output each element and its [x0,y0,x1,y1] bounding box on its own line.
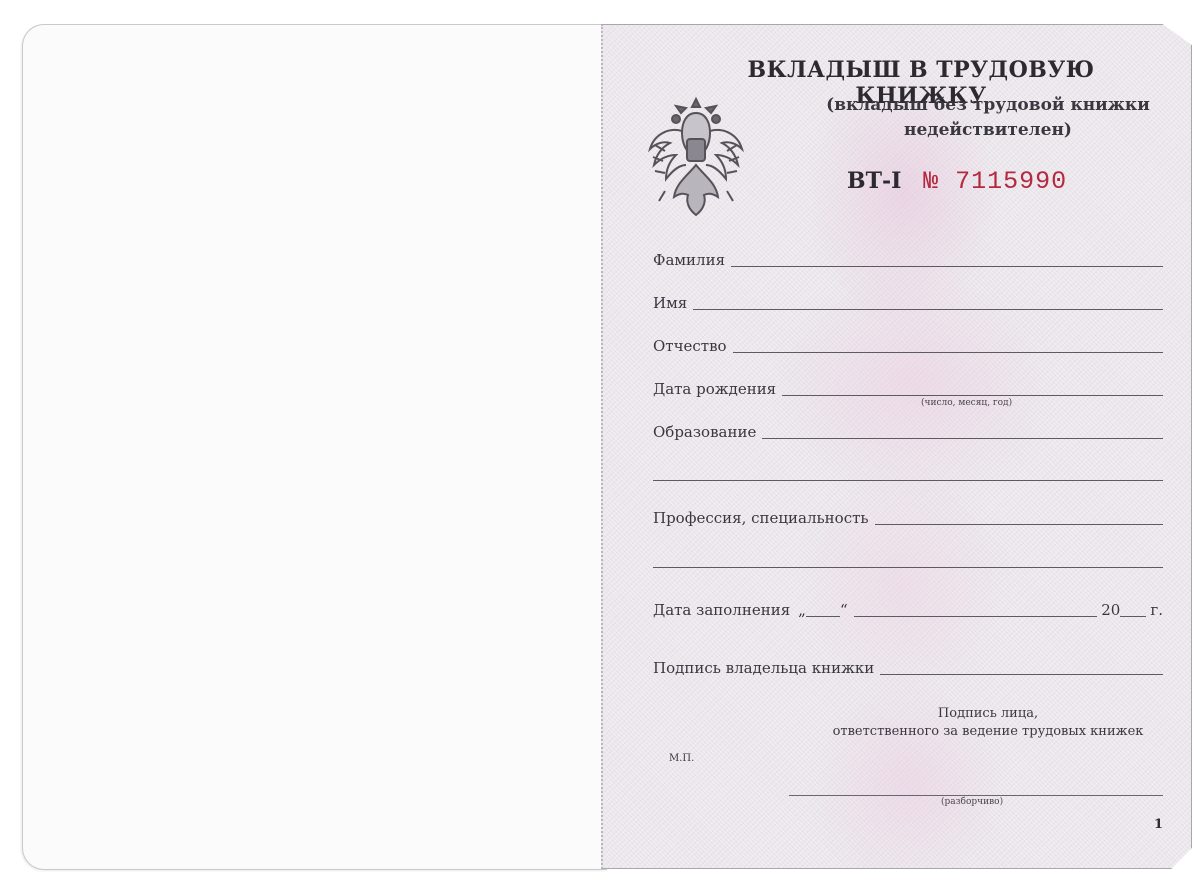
document-subtitle: (вкладыш без трудовой книжки недействите… [803,93,1173,143]
first-name-input[interactable] [693,291,1163,310]
education-input[interactable] [762,420,1163,439]
responsible-signature-input[interactable] [789,779,1163,796]
field-profession: Профессия, специальность [653,503,1163,527]
field-education-continued [653,459,1163,483]
fill-year-input[interactable] [1120,598,1146,617]
responsible-signature-field [789,775,1163,793]
responsible-caption: Подпись лица, ответственного за ведение … [803,705,1173,741]
responsible-caption-line-1: Подпись лица, [803,705,1173,723]
century-prefix: 20 [1101,601,1120,619]
field-label: Дата рождения [653,380,776,398]
field-label: Фамилия [653,251,725,269]
birth-date-input[interactable] [782,377,1163,396]
responsible-signature-hint: (разборчиво) [941,797,1003,807]
education-continued-input[interactable] [653,462,1163,481]
open-quote: „ [798,601,806,619]
russian-coat-of-arms-icon [643,95,749,225]
subtitle-line-1: (вкладыш без трудовой книжки [803,93,1173,118]
number-value: 7115990 [955,167,1067,196]
insert-form-page: ВКЛАДЫШ В ТРУДОВУЮ КНИЖКУ (вкладыш без т… [601,24,1192,869]
field-fill-date: Дата заполнения „ “ 20 г. [653,595,1163,619]
birth-date-hint: (число, месяц, год) [921,398,1012,408]
owner-signature-input[interactable] [880,656,1163,675]
field-owner-signature: Подпись владельца книжки [653,653,1163,677]
patronymic-input[interactable] [733,334,1163,353]
field-label: Имя [653,294,687,312]
field-education: Образование [653,417,1163,441]
field-birth-date: Дата рождения [653,374,1163,398]
year-suffix: г. [1150,601,1163,619]
subtitle-line-2: недействителен) [803,118,1173,143]
responsible-caption-line-2: ответственного за ведение трудовых книже… [803,723,1173,741]
field-label: Подпись владельца книжки [653,659,874,677]
open-booklet-spread: ВКЛАДЫШ В ТРУДОВУЮ КНИЖКУ (вкладыш без т… [0,0,1204,894]
series-number: ВТ-I № 7115990 [847,167,1067,196]
field-label: Отчество [653,337,727,355]
fill-month-input[interactable] [854,598,1098,617]
series-code: ВТ-I [847,168,901,194]
close-quote: “ [840,601,848,619]
serial-number: № 7115990 [923,167,1067,196]
field-patronymic: Отчество [653,331,1163,355]
number-sign: № [923,167,939,196]
field-label: Образование [653,423,756,441]
field-label: Профессия, специальность [653,509,869,527]
left-blank-page [22,24,607,870]
field-surname: Фамилия [653,245,1163,269]
profession-continued-input[interactable] [653,549,1163,568]
fill-date-label: Дата заполнения [653,601,790,619]
stamp-place-label: М.П. [669,753,694,764]
field-first-name: Имя [653,288,1163,312]
profession-input[interactable] [875,506,1163,525]
surname-input[interactable] [731,248,1163,267]
page-number: 1 [1154,817,1163,832]
fill-day-input[interactable] [806,598,840,617]
field-profession-continued [653,546,1163,570]
